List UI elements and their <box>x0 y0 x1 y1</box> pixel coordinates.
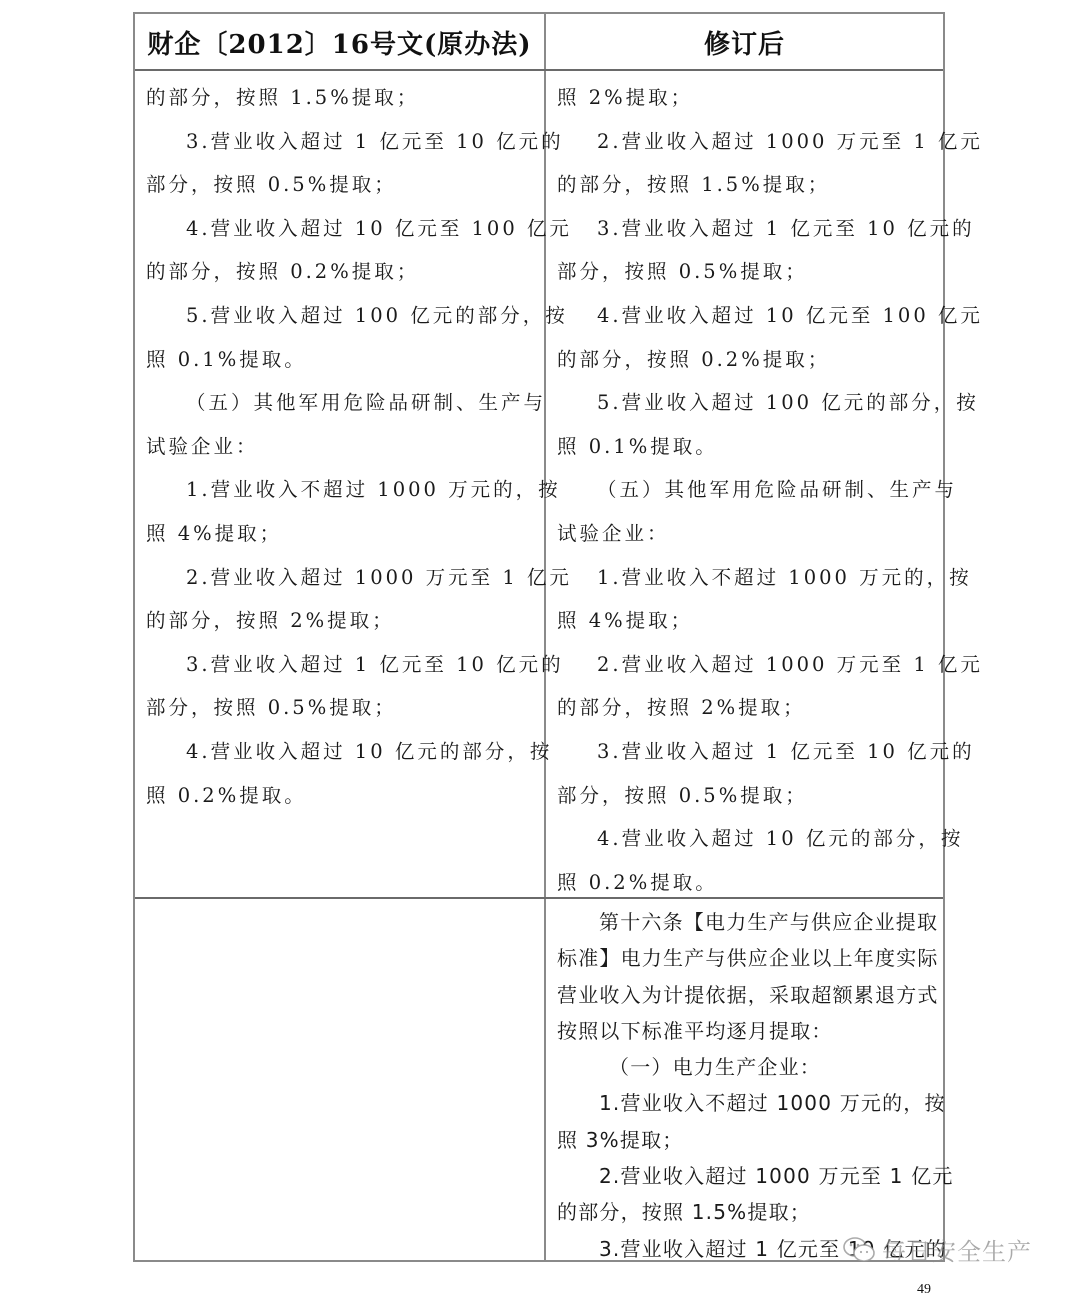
text-line: 的部分，按照 1.5%提取； <box>557 163 933 207</box>
text-line: 的部分，按照 0.2%提取； <box>146 250 534 294</box>
text-line: 的部分，按照 0.2%提取； <box>557 338 933 382</box>
text-line: 4.营业收入超过 10 亿元的部分，按 <box>557 817 933 861</box>
text-line: 4.营业收入超过 10 亿元至 100 亿元 <box>146 207 534 251</box>
revised-cell: 照 2%提取；2.营业收入超过 1000 万元至 1 亿元的部分，按照 1.5%… <box>546 76 943 904</box>
text-line: 1.营业收入不超过 1000 万元的，按 <box>557 1085 933 1121</box>
text-line: 的部分，按照 2%提取； <box>557 686 933 730</box>
text-line: 4.营业收入超过 10 亿元的部分，按 <box>146 730 534 774</box>
text-line: 照 0.2%提取。 <box>146 774 534 818</box>
text-line: 2.营业收入超过 1000 万元至 1 亿元 <box>557 643 933 687</box>
text-line: 部分，按照 0.5%提取； <box>557 250 933 294</box>
text-line: 3.营业收入超过 1 亿元至 10 亿元的 <box>146 643 534 687</box>
text-line: 2.营业收入超过 1000 万元至 1 亿元 <box>557 1158 933 1194</box>
text-line: 2.营业收入超过 1000 万元至 1 亿元 <box>557 120 933 164</box>
text-line: 营业收入为计提依据，采取超额累退方式 <box>557 977 933 1013</box>
text-line: 5.营业收入超过 100 亿元的部分，按 <box>557 381 933 425</box>
watermark-text: 每日安全生产 <box>882 1232 1032 1267</box>
text-line: 试验企业： <box>557 512 933 556</box>
text-line: 1.营业收入不超过 1000 万元的，按 <box>557 556 933 600</box>
text-line: 照 3%提取； <box>557 1122 933 1158</box>
comparison-table: 财企〔2012〕16号文(原办法) 修订后 的部分，按照 1.5%提取；3.营业… <box>133 12 945 1262</box>
original-policy-empty-cell <box>135 900 544 1260</box>
text-line: 照 0.1%提取。 <box>557 425 933 469</box>
text-line: 部分，按照 0.5%提取； <box>146 163 534 207</box>
text-line: 照 4%提取； <box>557 599 933 643</box>
text-line: 的部分，按照 2%提取； <box>146 599 534 643</box>
text-line: 照 2%提取； <box>557 76 933 120</box>
text-line: （一）电力生产企业： <box>557 1049 933 1085</box>
text-line: 3.营业收入超过 1 亿元至 10 亿元的 <box>557 207 933 251</box>
wechat-icon <box>842 1236 876 1264</box>
original-policy-cell: 的部分，按照 1.5%提取；3.营业收入超过 1 亿元至 10 亿元的部分，按照… <box>135 76 544 817</box>
text-line: 5.营业收入超过 100 亿元的部分，按 <box>146 294 534 338</box>
revised-article-16-cell: 第十六条【电力生产与供应企业提取标准】电力生产与供应企业以上年度实际营业收入为计… <box>546 904 943 1267</box>
text-line: 的部分，按照 1.5%提取； <box>146 76 534 120</box>
text-line: 3.营业收入超过 1 亿元至 10 亿元的 <box>146 120 534 164</box>
text-line: （五）其他军用危险品研制、生产与 <box>146 381 534 425</box>
text-line: 3.营业收入超过 1 亿元至 10 亿元的 <box>557 730 933 774</box>
page-number: 49 <box>917 1282 931 1298</box>
text-line: 照 0.2%提取。 <box>557 861 933 905</box>
text-line: （五）其他军用危险品研制、生产与 <box>557 468 933 512</box>
text-line: 试验企业： <box>146 425 534 469</box>
watermark: 每日安全生产 <box>842 1232 1032 1267</box>
text-line: 按照以下标准平均逐月提取： <box>557 1013 933 1049</box>
header-revised: 修订后 <box>546 14 943 70</box>
text-line: 1.营业收入不超过 1000 万元的，按 <box>146 468 534 512</box>
text-line: 标准】电力生产与供应企业以上年度实际 <box>557 940 933 976</box>
text-line: 部分，按照 0.5%提取； <box>146 686 534 730</box>
text-line: 照 4%提取； <box>146 512 534 556</box>
text-line: 照 0.1%提取。 <box>146 338 534 382</box>
text-line: 的部分，按照 1.5%提取； <box>557 1194 933 1230</box>
header-original-policy: 财企〔2012〕16号文(原办法) <box>135 14 544 70</box>
text-line: 4.营业收入超过 10 亿元至 100 亿元 <box>557 294 933 338</box>
text-line: 部分，按照 0.5%提取； <box>557 774 933 818</box>
text-line: 2.营业收入超过 1000 万元至 1 亿元 <box>146 556 534 600</box>
text-line: 第十六条【电力生产与供应企业提取 <box>557 904 933 940</box>
